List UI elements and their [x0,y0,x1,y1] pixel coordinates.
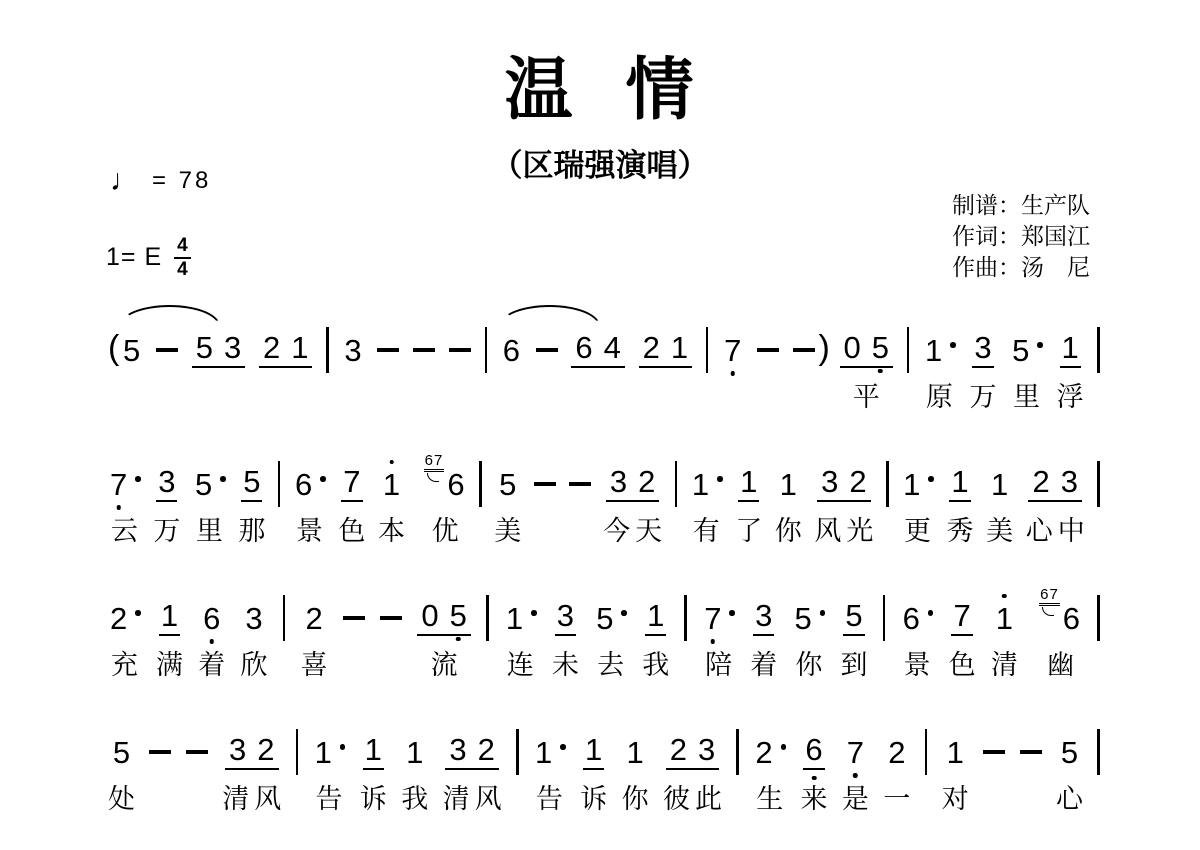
note: 6来 [801,726,828,816]
duration-dash [343,592,365,682]
note-digit: 5 [843,600,864,636]
note: 676优 [424,458,467,548]
note-digit: 5 [195,332,214,363]
key-text: 1= E [106,243,162,272]
barline-mark [925,729,928,775]
note: 6景 [293,458,326,548]
barline-mark [278,461,281,507]
barline-mark [684,595,687,641]
note-digit: 6 [803,734,824,770]
duration-dash [983,726,1005,816]
lyric: 更 [904,514,936,548]
barline [278,458,281,548]
credits-block: 制谱：生产队 作词：郑国江 作曲：汤 尼 [952,190,1090,283]
note-digit: 5 [871,332,890,363]
note-digit: 1 [363,734,384,770]
note: 3欣 [241,592,268,682]
note-digit: 1 [504,603,525,634]
note: 5处 [108,726,135,816]
barline-mark [486,595,489,641]
paren-glyph: ( [108,331,119,365]
barline [296,726,299,816]
lyric: 未 [552,648,584,682]
note: 1诉 [360,726,387,816]
lyric: 万 [153,514,185,548]
octave-dot-low [878,369,883,374]
barline-mark [883,595,886,641]
token-row: (553213664217)05平1原3万5里1浮 [108,324,1100,414]
note: 7色 [949,592,976,682]
note-digit: 7 [845,737,866,768]
duration-dash [536,324,558,414]
note: 5 [121,324,142,414]
augmentation-dot [928,476,934,482]
dash-mark [793,348,815,352]
lyric: 你 [795,648,827,682]
note-digit: 5 [793,603,814,634]
barline [479,458,482,548]
duration-dash [377,324,399,414]
token-row: 7云3万5里5那6景7色1本676优5美32今天1有1了1你32风光1更1秀1美… [108,458,1100,548]
lyric: 连 [507,648,539,682]
note-digit: 3 [1060,466,1079,497]
note-digit: 7 [341,466,362,502]
barline [886,458,889,548]
note: 3着 [750,592,777,682]
lyric: 美 [986,514,1018,548]
lyric: 你 [622,782,654,816]
barline-mark [1097,729,1100,775]
note-digit: 7 [722,335,743,366]
note-digit: 1 [313,737,334,768]
note-digit: 2 [886,737,907,768]
note: 676幽 [1039,592,1082,682]
note-digit: 5 [1059,737,1080,768]
tempo-marking: ♩ = 78 [110,166,211,196]
note: 1诉 [580,726,607,816]
dash-mark [380,616,402,620]
beamed-notes: 05 [417,600,471,636]
note: 1更 [901,458,934,548]
token-row: 5处32清风1告1诉1我32清风1告1诉1你23彼此2生6来7是2一1对5心 [108,726,1100,816]
augmentation-dot [531,610,537,616]
beamed-notes: 32 [225,734,279,770]
note-digit: 3 [448,734,467,765]
note-digit: 7 [108,469,129,500]
note-digit: 5 [449,600,468,631]
beam-group: 05流 [417,592,471,682]
augmentation-dot [950,342,956,348]
note: 1清 [991,592,1018,682]
lyric: 本 [378,514,410,548]
note: 5你 [793,592,826,682]
note-digit: 2 [262,332,281,363]
lyric: 是 [842,782,874,816]
note-digit: 2 [1031,466,1050,497]
note-digit: 4 [603,332,622,363]
lyric: 了 [735,514,767,548]
tempo-value: = 78 [152,167,211,195]
note: 1有 [690,458,723,548]
barline [675,458,678,548]
dash-mark [413,348,435,352]
note: 5心 [1056,726,1083,816]
note-digit: 2 [848,466,867,497]
note-digit: 5 [111,737,132,768]
note-digit: 3 [342,335,363,366]
lyric: 处 [108,782,140,816]
note: 1满 [156,592,183,682]
lyric: 来 [801,782,833,816]
barline [283,592,286,682]
beam-group: 32今天 [603,458,662,548]
beam-group: 32清风 [443,726,502,816]
note-digit: 3 [223,332,242,363]
note-digit: 2 [637,466,656,497]
note-digit: 1 [945,737,966,768]
note: 5美 [494,458,521,548]
note: 3万 [153,458,180,548]
barline-mark [479,461,482,507]
note: 1我 [642,592,669,682]
note-digit: 6 [293,469,314,500]
lyric: 清风 [222,782,286,816]
note: 1我 [401,726,428,816]
barline [706,324,709,414]
lyric: 优 [432,514,464,548]
octave-dot-high [389,460,394,465]
note: 2充 [108,592,141,682]
time-signature-top: 4 [174,236,191,259]
grace-slur-icon [1042,607,1054,616]
note-digit: 5 [121,335,142,366]
duration-dash [156,324,178,414]
dash-mark [377,348,399,352]
note-digit: 3 [555,600,576,636]
dash-mark [1020,750,1042,754]
note-digit: 2 [303,603,324,634]
barline-mark [736,729,739,775]
lyric: 原 [926,380,958,414]
beam-group: 32清风 [222,726,281,816]
augmentation-dot [928,610,934,616]
octave-dot-low [116,505,121,510]
dash-mark [343,616,365,620]
note-digit: 6 [901,603,922,634]
beam-group: 53 [192,324,246,414]
note-digit: 1 [690,469,711,500]
augmentation-dot [729,610,735,616]
score-line: 7云3万5里5那6景7色1本676优5美32今天1有1了1你32风光1更1秀1美… [108,434,1100,548]
octave-dot-low [853,773,858,778]
note-digit: 1 [404,737,425,768]
note: 1连 [504,592,537,682]
beamed-notes: 05 [840,332,894,368]
dash-mark [757,348,779,352]
note-digit: 7 [702,603,723,634]
beam-group: 32风光 [814,458,873,548]
credit-composer: 作曲：汤 尼 [952,252,1090,283]
octave-dot-low [210,639,215,644]
note-digit: 2 [753,737,774,768]
lyric: 到 [841,648,873,682]
lyric: 彼此 [663,782,727,816]
barline-mark [886,461,889,507]
lyric: 有 [693,514,725,548]
lyric: 幽 [1047,648,1079,682]
time-signature: 4 4 [174,236,191,280]
note: 3 [342,324,363,414]
dash-mark [536,348,558,352]
barline [516,726,519,816]
note-digit: 5 [594,603,615,634]
note-digit: 3 [243,603,264,634]
note: 7 [722,324,743,414]
lyric: 着 [198,648,230,682]
lyric: 平 [853,380,885,414]
beamed-notes: 32 [817,466,871,502]
credit-arranger: 制谱：生产队 [952,190,1090,221]
dash-mark [186,750,208,754]
beam-group: 21 [639,324,693,414]
beam-group: 05平 [840,324,894,414]
note-digit: 3 [972,332,993,368]
open-paren: ( [108,324,119,414]
octave-dot-low [730,371,735,376]
note-digit: 3 [228,734,247,765]
dash-mark [156,348,178,352]
lyric: 里 [1013,380,1045,414]
note-digit: 2 [669,734,688,765]
lyric: 去 [597,648,629,682]
note: 1本 [378,458,405,548]
beamed-notes: 23 [666,734,720,770]
duration-dash [793,324,815,414]
note: 1告 [533,726,566,816]
note: 1你 [622,726,649,816]
note-digit: 1 [624,737,645,768]
note-digit: 6 [1061,603,1082,634]
lyric: 云 [111,514,143,548]
score: (553213664217)05平1原3万5里1浮7云3万5里5那6景7色1本6… [108,300,1100,836]
close-paren: ) [818,324,829,414]
note-digit: 6 [501,335,522,366]
lyric: 万 [969,380,1001,414]
note-digit: 5 [193,469,214,500]
lyric: 告 [315,782,347,816]
lyric: 生 [756,782,788,816]
barline-mark [283,595,286,641]
lyric: 你 [775,514,807,548]
note-digit: 2 [477,734,496,765]
note: 7云 [108,458,141,548]
barline [684,592,687,682]
score-line: (553213664217)05平1原3万5里1浮 [108,300,1100,414]
beamed-notes: 53 [192,332,246,368]
lyric: 景 [296,514,328,548]
augmentation-dot [1037,342,1043,348]
note-digit: 3 [609,466,628,497]
dash-mark [449,348,471,352]
note: 5到 [841,592,868,682]
lyric: 着 [750,648,782,682]
augmentation-dot [135,610,141,616]
augmentation-dot [340,744,346,750]
note: 5里 [1010,324,1043,414]
lyric: 告 [536,782,568,816]
lyric: 我 [642,648,674,682]
lyric: 那 [238,514,270,548]
note: 2喜 [301,592,328,682]
lyric: 秀 [946,514,978,548]
barline [736,726,739,816]
lyric: 满 [156,648,188,682]
tie-arc [499,305,600,326]
barline-mark [675,461,678,507]
augmentation-dot [135,476,141,482]
note: 1对 [942,726,969,816]
note: 3万 [969,324,996,414]
lyric: 浮 [1057,380,1089,414]
beamed-notes: 32 [445,734,499,770]
note-digit: 3 [697,734,716,765]
lyric: 心 [1056,782,1088,816]
lyric: 诉 [360,782,392,816]
duration-dash [569,458,591,548]
note: 1浮 [1057,324,1084,414]
barline [1097,726,1100,816]
score-line: 5处32清风1告1诉1我32清风1告1诉1你23彼此2生6来7是2一1对5心 [108,702,1100,816]
time-signature-bottom: 4 [177,259,188,280]
beam-group: 21 [259,324,313,414]
grace-digits: 67 [424,453,445,472]
tie-arc [119,305,220,326]
grace-notes: 67 [424,453,445,482]
note: 1原 [923,324,956,414]
note-digit: 2 [108,603,129,634]
beam-group: 23彼此 [663,726,722,816]
barline-mark [1097,595,1100,641]
lyric: 美 [494,514,526,548]
note-digit: 1 [778,469,799,500]
note: 7色 [338,458,365,548]
lyric: 对 [942,782,974,816]
note: 7陪 [702,592,735,682]
note-digit: 5 [241,466,262,502]
barline-mark [485,327,488,373]
beamed-notes: 64 [571,332,625,368]
lyric: 色 [949,648,981,682]
dash-mark [149,750,171,754]
note-digit: 5 [497,469,518,500]
augmentation-dot [220,476,226,482]
beamed-notes: 32 [606,466,660,502]
note-digit: 1 [533,737,554,768]
note-digit: 0 [843,332,862,363]
barline-mark [706,327,709,373]
note-digit: 7 [951,600,972,636]
augmentation-dot [320,476,326,482]
lyric: 清风 [443,782,507,816]
lyric: 欣 [241,648,273,682]
sheet-music-page: 温 情 （区瑞强演唱） ♩ = 78 1= E 4 4 制谱：生产队 作词：郑国… [0,0,1200,850]
note-digit: 1 [583,734,604,770]
note: 1了 [735,458,762,548]
barline [925,726,928,816]
note-digit: 3 [820,466,839,497]
lyric: 景 [903,648,935,682]
barline [907,324,910,414]
barline [1097,458,1100,548]
note-digit: 6 [201,603,222,634]
octave-dot-low [812,776,817,781]
dash-mark [534,482,556,486]
note-digit: 1 [1060,332,1081,368]
quarter-note-icon: ♩ [110,166,140,196]
note: 2一 [883,726,910,816]
note-digit: 1 [901,469,922,500]
grace-slur-icon [427,473,439,482]
barline [883,592,886,682]
note: 5里 [193,458,226,548]
barline-mark [296,729,299,775]
note: 5那 [238,458,265,548]
note-digit: 1 [738,466,759,502]
duration-dash [380,592,402,682]
augmentation-dot [820,610,826,616]
lyric: 我 [401,782,433,816]
note: 1秀 [946,458,973,548]
barline-mark [907,327,910,373]
barline-mark [326,327,329,373]
note-digit: 1 [670,332,689,363]
note: 2生 [753,726,786,816]
lyric: 色 [338,514,370,548]
note: 6着 [198,592,225,682]
note: 1你 [775,458,802,548]
grace-notes: 67 [1039,587,1060,616]
note-digit: 5 [1010,335,1031,366]
note-digit: 1 [949,466,970,502]
note: 5去 [594,592,627,682]
note-digit: 1 [381,469,402,500]
note-digit: 1 [290,332,309,363]
score-line: 2充1满6着3欣2喜05流1连3未5去1我7陪3着5你5到6景7色1清676幽 [108,568,1100,682]
lyric: 充 [111,648,143,682]
note-digit: 0 [420,600,439,631]
note-digit: 1 [994,603,1015,634]
note: 3未 [552,592,579,682]
lyric: 今天 [603,514,667,548]
lyric: 里 [196,514,228,548]
lyric: 风光 [814,514,878,548]
barline-mark [1097,461,1100,507]
note-digit: 2 [256,734,275,765]
beam-group: 64 [571,324,625,414]
octave-dot-low [456,637,461,642]
augmentation-dot [717,476,723,482]
dash-mark [569,482,591,486]
note-digit: 3 [753,600,774,636]
note-digit: 3 [156,466,177,502]
beamed-notes: 21 [639,332,693,368]
token-row: 2充1满6着3欣2喜05流1连3未5去1我7陪3着5你5到6景7色1清676幽 [108,592,1100,682]
octave-dot-low [711,639,716,644]
lyric: 喜 [301,648,333,682]
beamed-notes: 21 [259,332,313,368]
lyric: 流 [431,648,463,682]
duration-dash [1020,726,1042,816]
